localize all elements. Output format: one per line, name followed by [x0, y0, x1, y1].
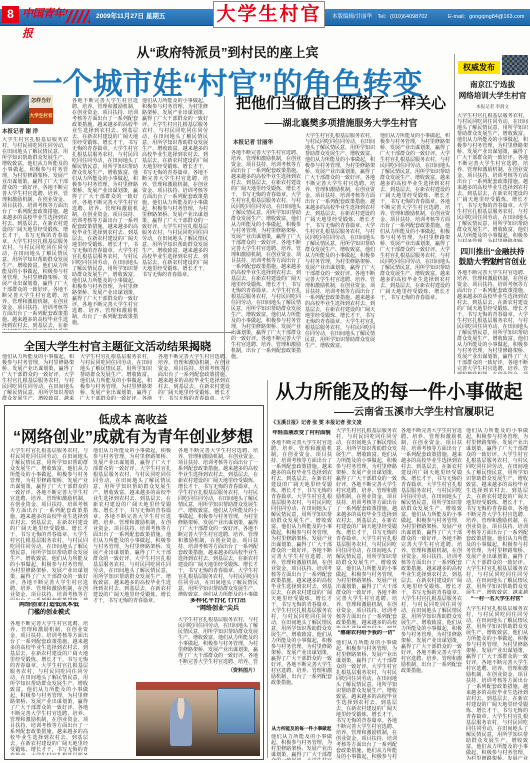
box-subhead1-line1: 网络创业打造低成本低 [10, 602, 88, 610]
yuxi-body-col1b: 他们从力所能及的小事做起，积极参与村务管理，为村里修路架桥、发展产业出谋划策，赢… [271, 734, 332, 760]
yuxi-subtitle: ——云南省玉溪市大学生村官履职记 [300, 403, 528, 418]
essay-headline: 全国大学生村官主题征文活动结果揭晓 [0, 338, 235, 354]
xiangfan-byline: 本报记者 甘丽华 [233, 138, 273, 146]
divider-essay [2, 332, 233, 333]
authority-thumbnail-photo [502, 55, 528, 75]
lead-body-col1: 大学生村官扎根基层服务农村，与村民同吃同住同劳动，在田间地头了解民情民意，用所学… [2, 137, 68, 330]
newspaper-page: 8 中国青年报 2009年11月27日 星期五 大学生村官 本版编辑/甘丽华 T… [0, 0, 530, 763]
box-body-col2: 他们从力所能及的小事做起，积极参与村务管理，为村里修路架桥、发展产业出谋划策，赢… [93, 448, 171, 678]
authority-article1-headline-line1: 南京江宁选拔 [457, 80, 528, 90]
yuxi-subhead2: “感谢农村给予我的一切” [336, 630, 397, 638]
column-rule-yuxi [267, 380, 268, 758]
column-logo-label-top: 怎样当好 [29, 95, 53, 108]
essay-body-col1: 他们从力所能及的小事做起，积极参与村务管理，为村里修路架桥、发展产业出谋划策，赢… [2, 354, 74, 400]
column-rule-left [224, 96, 225, 372]
photo-machine-detail [217, 688, 255, 734]
yuxi-body-col3: 各地不断完善大学生村官选聘、培养、管理和激励机制，在创业资金、项目扶持、培训考核… [401, 428, 462, 760]
authority-article1-body: 大学生村官扎根基层服务农村，与村民同吃同住同劳动，在田间地头了解民情民意，用所学… [457, 113, 528, 242]
lead-body-col2: 各地不断完善大学生村官选聘、培养、管理和激励机制，在创业资金、项目扶持、培训考核… [72, 98, 138, 330]
authority-article2-headline-line2: 鼓励大学生村官创业 [457, 257, 528, 267]
yuxi-headline: 从力所能及的每一件小事做起 [270, 377, 528, 404]
yuxi-body-col4b: 大学生村官扎根基层服务农村，与村民同吃同住同劳动，在田间地头了解民情民意，用所学… [466, 606, 528, 760]
authority-article1-byline: 本报记者 李润文 [457, 104, 528, 110]
box-subhead2-line2: “网络创业”尖兵 [178, 606, 258, 614]
stripe-decoration [66, 10, 90, 23]
yuxi-subhead1: 年轻血液改变了村村面貌 [271, 430, 332, 438]
authority-article1-headline-line2: 网络培训大学生村官 [457, 91, 528, 101]
essay-body-col2: 大学生村官扎根基层服务农村，与村民同吃同住同劳动，在田间地头了解民情民意，用所学… [80, 354, 152, 400]
box-headline: “网络创业”成就有为青年创业梦想 [4, 424, 262, 447]
yuxi-body-col2b: 他们从力所能及的小事做起，积极参与村务管理，为村里修路架桥、发展产业出谋划策，赢… [336, 640, 397, 760]
box-body-col1a: 大学生村官扎根基层服务农村，与村民同吃同住同劳动，在田间地头了解民情民意，用所学… [10, 448, 88, 600]
xiangfan-body-col2: 大学生村官扎根基层服务农村，与村民同吃同住同劳动，在田间地头了解民情民意，用所学… [305, 133, 375, 370]
issue-date: 2009年11月27日 星期五 [96, 12, 165, 22]
box-body-col3b: 大学生村官扎根基层服务农村，与村民同吃同住同劳动，在田间地头了解民情民意，用所学… [178, 617, 258, 665]
page-number-badge: 8 [2, 6, 19, 23]
box-photo-credit: （资料图片） [178, 667, 258, 674]
column-logo-label-bottom: 大学生村官 [29, 108, 53, 124]
email-info: E-mail：gongqing84@163.com [448, 13, 525, 22]
masthead-logo: 中国青年报 [22, 4, 70, 24]
xiangfan-headline: 把他们当做自己的孩子一样关心 [231, 92, 451, 113]
column-rule-right [454, 54, 455, 374]
box-body-col3a: 各地不断完善大学生村官选聘、培养、管理和激励机制，在创业资金、项目扶持、培训考核… [178, 448, 258, 596]
lead-byline: 本报记者 谢 洋 [2, 127, 38, 135]
yuxi-byline: 《玉溪日报》记者 张 雯 本报记者 张文凌 [271, 419, 362, 426]
lead-body-col3: 他们从力所能及的小事做起，积极参与村务管理，为村里修路架桥、发展产业出谋划策，赢… [142, 98, 208, 330]
yuxi-body-col4a: 他们从力所能及的小事做起，积极参与村务管理，为村里修路架桥、发展产业出谋划策，赢… [466, 428, 528, 594]
xiangfan-body-col3: 他们从力所能及的小事做起，积极参与村务管理，为村里修路架桥、发展产业出谋划策，赢… [380, 133, 450, 370]
column-logo-photo [2, 95, 29, 124]
box-subhead1-line2: 门槛的创业模式 [10, 610, 88, 618]
photo-figure-detail [170, 698, 192, 746]
yuxi-subhead4: “一村一名大学生村官” [466, 596, 528, 604]
yuxi-body-col2a: 大学生村官扎根基层服务农村，与村民同吃同住同劳动，在田间地头了解民情民意，用所学… [336, 428, 397, 628]
yuxi-subhead3: 从力所能及的每一件小事做起 [271, 725, 332, 733]
editor-info: 本版编辑/甘丽华 Tel：(010)64098702 [332, 13, 427, 22]
xiangfan-subtitle: ——湖北襄樊多项措施服务大学生村官 [231, 116, 451, 129]
box-subhead2-line1: 多样化平台化 行行出 [178, 598, 258, 606]
crowd-photo [136, 682, 260, 756]
authority-article2-body: 各地不断完善大学生村官选聘、培养、管理和激励机制，在创业资金、项目扶持、培训考核… [457, 270, 528, 374]
essay-body-col3: 各地不断完善大学生村官选聘、培养、管理和激励机制，在创业资金、项目扶持、培训考核… [158, 354, 230, 400]
xiangfan-body-col1: 各地不断完善大学生村官选聘、培养、管理和激励机制，在创业资金、项目扶持、培训考核… [231, 150, 301, 370]
yuxi-body-col1a: 各地不断完善大学生村官选聘、培养、管理和激励机制，在创业资金、项目扶持、培训考核… [271, 440, 332, 723]
authority-label: 权威发布 [458, 61, 500, 74]
box-body-col1b: 各地不断完善大学生村官选聘、培养、管理和激励机制，在创业资金、项目扶持、培训考核… [10, 621, 88, 755]
section-title: 大学生村官 [213, 1, 325, 28]
